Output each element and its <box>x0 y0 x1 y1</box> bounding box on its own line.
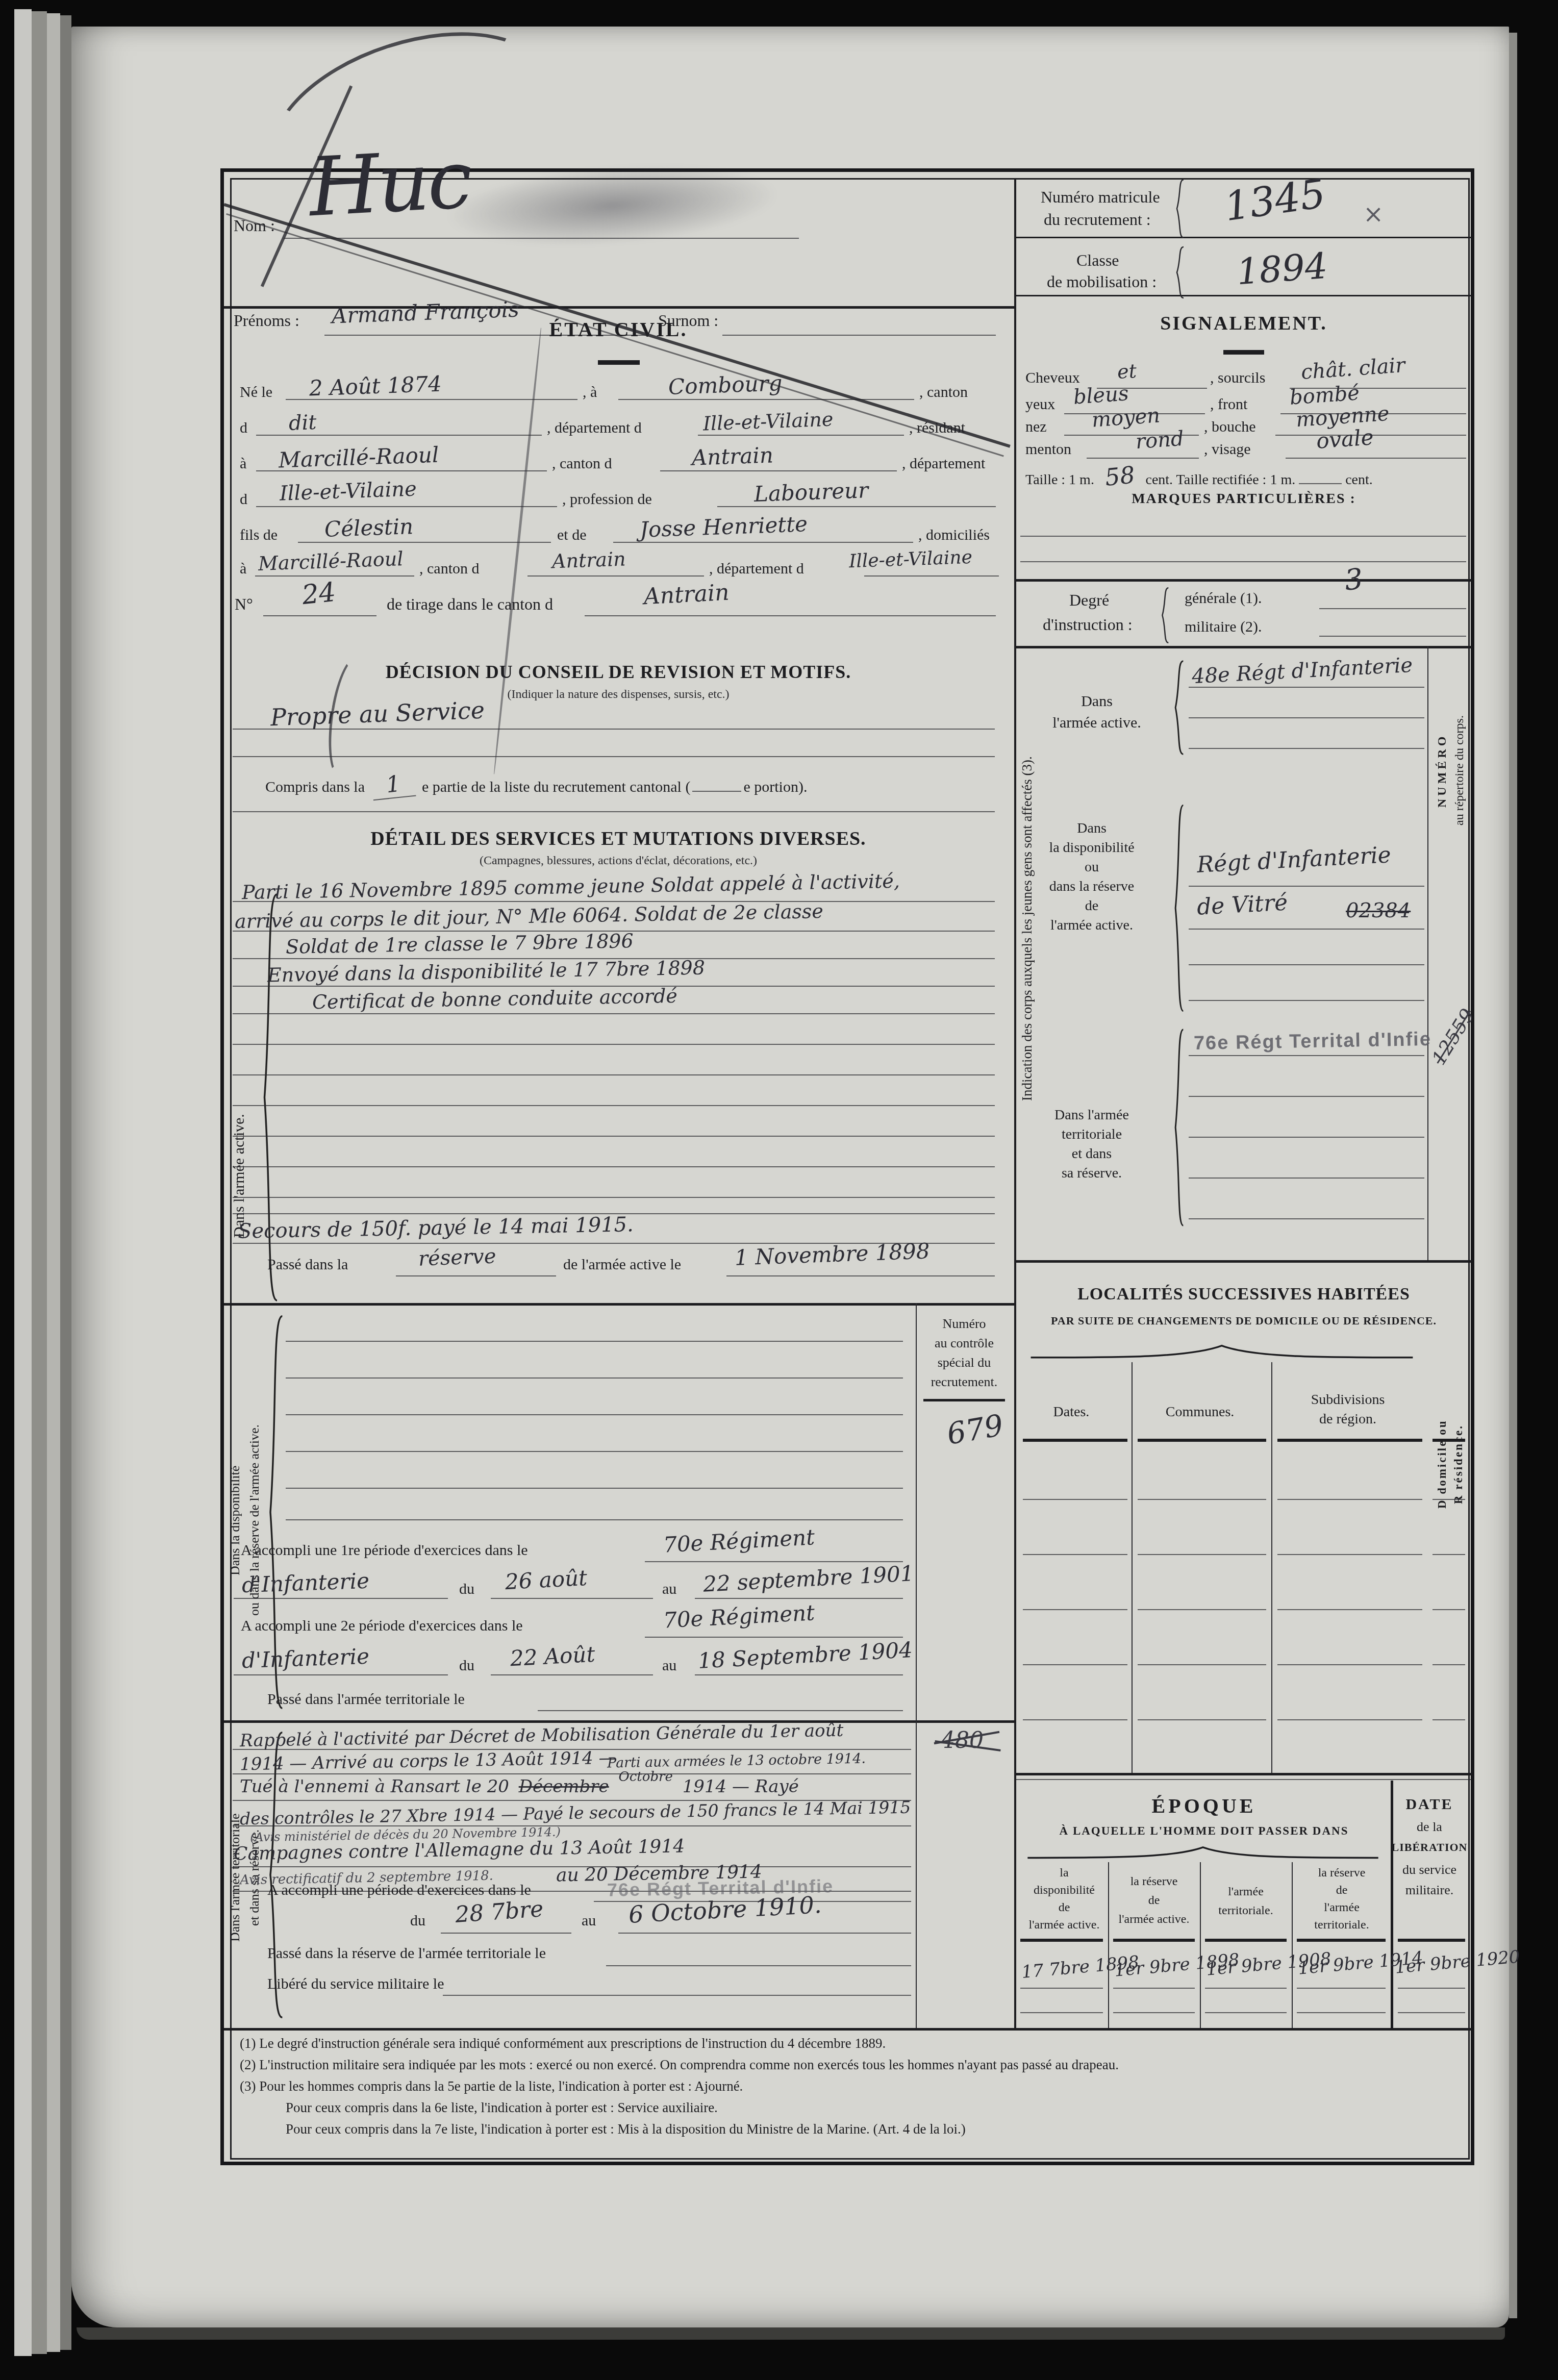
divider <box>1016 1773 1471 1775</box>
compris-num: 1 <box>370 769 416 800</box>
rule <box>256 435 542 436</box>
footnote-3: (3) Pour les hommes compris dans la 5e p… <box>240 2078 743 2094</box>
rule <box>618 399 914 400</box>
controle-label3: spécial du <box>938 1355 991 1370</box>
rule <box>1087 458 1199 459</box>
rule <box>1286 458 1466 459</box>
localites-col2-header: Communes. <box>1166 1404 1235 1420</box>
corps-b2-label6: l'armée active. <box>1050 917 1133 934</box>
epoque-col-divider <box>1108 1862 1109 2028</box>
rule <box>1319 636 1466 637</box>
title-ornament <box>1223 350 1264 355</box>
page-edge-right <box>1509 33 1517 2318</box>
rule <box>286 1488 903 1489</box>
ec-r5-label3: , domiciliés <box>918 527 990 544</box>
yeux-value: bleus <box>1073 382 1129 409</box>
header-rule <box>1398 1939 1465 1942</box>
repertoire-label-1: NUMÉRO <box>1436 663 1449 878</box>
epoque-c4-l4: territoriale. <box>1314 1918 1369 1932</box>
epoque-c1-l4: l'armée active. <box>1029 1918 1100 1932</box>
rule <box>527 575 704 577</box>
row-rule <box>1138 1499 1266 1500</box>
services-title: DÉTAIL DES SERVICES ET MUTATIONS DIVERSE… <box>370 828 866 850</box>
ec-r6-label2: , canton d <box>419 560 479 578</box>
corps-b1-label2: l'armée active. <box>1052 714 1141 732</box>
row-rule <box>1433 1609 1465 1610</box>
divider <box>224 2028 1471 2031</box>
rule <box>1189 748 1424 749</box>
compris-label-c: e portion). <box>743 779 807 795</box>
ec-r1-label: Né le <box>240 384 272 401</box>
controle-label4: recrutement. <box>931 1374 998 1390</box>
rule <box>1189 687 1424 688</box>
rule <box>618 1933 911 1934</box>
marques-title: MARQUES PARTICULIÈRES : <box>1132 491 1356 507</box>
localites-subtitle: PAR SUITE DE CHANGEMENTS DE DOMICILE OU … <box>1051 1314 1437 1327</box>
rule <box>645 1637 903 1638</box>
p1-value2: d'Infanterie <box>241 1568 369 1598</box>
compris-label-a: Compris dans la <box>265 779 365 795</box>
row-rule <box>1023 1719 1127 1720</box>
corps-b3-label2: territoriale <box>1062 1126 1122 1143</box>
rule <box>233 1074 995 1075</box>
side-label-active: Dans l'armée active. <box>231 1056 248 1296</box>
classe-label2: de mobilisation : <box>1047 272 1157 291</box>
row-rule <box>1277 1719 1422 1720</box>
footnote-4: Pour ceux compris dans la 6e liste, l'in… <box>286 2100 718 2116</box>
corps-b3-label1: Dans l'armée <box>1054 1107 1129 1123</box>
p2-value3: 22 Août <box>510 1642 596 1671</box>
classe-value: 1894 <box>1235 245 1328 293</box>
corps-b3-label4: sa réserve. <box>1062 1165 1122 1182</box>
degre-label2: d'instruction : <box>1043 615 1133 634</box>
visage-label: , visage <box>1204 441 1251 458</box>
taille-value: 58 <box>1103 461 1136 491</box>
degre-generale-value: 3 <box>1343 562 1365 597</box>
epoque-col-divider <box>1292 1862 1293 2028</box>
row-rule <box>1398 2012 1465 2013</box>
nez-value: moyen <box>1091 404 1161 432</box>
row-rule <box>1277 1664 1422 1665</box>
taille-row: Taille : 1 m. 58 cent. Taille rectifiée … <box>1025 462 1469 490</box>
ec-r4-value1: Ille-et-Vilaine <box>279 477 417 505</box>
row-rule <box>1433 1554 1465 1555</box>
page-edge-strip <box>60 15 71 2350</box>
rule <box>1189 1055 1424 1056</box>
controle-label1: Numéro <box>942 1316 986 1332</box>
epoque-c2-l3: l'armée active. <box>1119 1913 1190 1926</box>
ec-r6-label: à <box>240 560 246 578</box>
rule <box>538 1710 903 1711</box>
rule <box>286 1519 903 1520</box>
tirage-no-label: N° <box>235 595 253 614</box>
row-rule <box>1277 1609 1422 1610</box>
classe-brace <box>1173 246 1186 299</box>
row-rule <box>1297 1988 1386 1989</box>
territorial-regiment-stamp: 76e Régt Territal d'Infie <box>1194 1029 1432 1055</box>
row-rule <box>1020 1988 1103 1989</box>
header-rule <box>1023 1439 1127 1442</box>
terr-line3-overwrite: Octobre <box>618 1769 672 1785</box>
rule <box>233 1197 995 1198</box>
matricule-label: Numéro matricule <box>1041 188 1160 207</box>
decision-title: DÉCISION DU CONSEIL DE REVISION ET MOTIF… <box>386 661 851 683</box>
rule <box>1189 1218 1424 1219</box>
localites-side-label1: D domicile ou <box>1436 1367 1449 1561</box>
services-subtitle: (Campagnes, blessures, actions d'éclat, … <box>480 854 757 868</box>
matricule-label2: du recrutement : <box>1044 210 1151 229</box>
degre-label1: Degré <box>1069 591 1109 610</box>
page-bottom-shadow <box>77 2327 1505 2340</box>
header-rule <box>1205 1939 1287 1942</box>
divider <box>1016 295 1471 296</box>
row-rule <box>1023 1609 1127 1610</box>
row-rule <box>1205 1988 1287 1989</box>
sourcils-label: , sourcils <box>1210 369 1265 387</box>
epoque-c3-l1: l'armée <box>1228 1885 1264 1899</box>
tirage-value: 24 <box>300 577 337 611</box>
row-rule <box>1113 2012 1195 2013</box>
p1-label: A accompli une 1re période d'exercices d… <box>241 1542 528 1559</box>
header-rule <box>1020 1939 1103 1942</box>
divider <box>1016 237 1471 238</box>
epoque-title: ÉPOQUE <box>1152 1794 1257 1818</box>
rule <box>233 901 995 902</box>
services-passe-label-b: de l'armée active le <box>563 1256 681 1273</box>
p1-value3: 26 août <box>505 1565 588 1594</box>
ec-r5-value1: Célestin <box>324 514 414 542</box>
divider <box>1016 1779 1471 1780</box>
footnote-1: (1) Le degré d'instruction générale sera… <box>240 2036 886 2051</box>
epoque-c4-l2: de <box>1336 1884 1348 1897</box>
header-rule <box>1297 1939 1386 1942</box>
row-rule <box>1023 1554 1127 1555</box>
header-rule <box>923 1399 1005 1401</box>
corps-b2-value2: de Vitré <box>1196 889 1288 920</box>
localites-side-label2: R résidence. <box>1452 1367 1465 1561</box>
matricule-brace <box>1173 179 1186 239</box>
classe-label: Classe <box>1076 251 1119 270</box>
row-rule <box>1398 1988 1465 1989</box>
row-rule <box>1205 2012 1287 2013</box>
rule <box>1189 886 1424 887</box>
nez-label: nez <box>1025 418 1047 436</box>
corps-b3-brace <box>1171 1025 1186 1230</box>
compris-label-b: e partie de la liste du recrutement cant… <box>422 779 690 795</box>
rule <box>298 542 551 543</box>
corps-left-vertical-label: Indication des corps auxquels les jeunes… <box>1019 663 1035 1194</box>
ec-r6-value3: Ille-et-Vilaine <box>848 547 972 572</box>
bouche-label: , bouche <box>1204 418 1256 436</box>
side-label-dispo1: Dans la disponibilité <box>228 1347 243 1694</box>
rule <box>233 1825 911 1826</box>
ec-r3-label3: , département <box>902 455 985 472</box>
epoque-c2-l2: de <box>1148 1894 1160 1908</box>
ec-r1-label2: , à <box>583 384 597 401</box>
p2-value2: d'Infanterie <box>241 1644 369 1673</box>
date-label5: militaire. <box>1405 1883 1454 1898</box>
header-rule <box>1433 1439 1465 1442</box>
epoque-subtitle: À LAQUELLE L'HOMME DOIT PASSER DANS <box>1060 1824 1349 1838</box>
row-rule <box>1277 1499 1422 1500</box>
compris-blank <box>692 791 741 792</box>
p1-au: au <box>662 1581 676 1598</box>
epoque-col-divider <box>1200 1862 1201 2028</box>
ec-r1-label3: , canton <box>919 384 968 401</box>
rule <box>585 615 996 616</box>
signalement-title: SIGNALEMENT. <box>1160 312 1327 335</box>
rule <box>443 1995 911 1996</box>
taille-rectifiee-label: cent. Taille rectifiée : 1 m. <box>1145 472 1295 488</box>
page-edge-strip <box>14 9 32 2356</box>
matricule-mark: × <box>1363 200 1384 229</box>
ec-r4-value2: Laboureur <box>753 478 869 507</box>
corps-b2-brace <box>1171 801 1186 1015</box>
rule <box>606 1965 911 1966</box>
menton-label: menton <box>1025 441 1071 458</box>
tirage-canton: Antrain <box>643 580 730 610</box>
localites-title: LOCALITÉS SUCCESSIVES HABITÉES <box>1077 1285 1410 1304</box>
rule <box>695 1674 903 1675</box>
terr-du: du <box>410 1912 425 1930</box>
terr-line3-b: 1914 — Rayé <box>683 1776 799 1797</box>
rule <box>233 1013 995 1014</box>
localites-overbrace <box>1023 1342 1421 1360</box>
rule <box>234 1598 448 1599</box>
ec-r3-value2: Antrain <box>691 442 773 470</box>
divider <box>1016 646 1471 648</box>
rule <box>1189 717 1424 718</box>
rule <box>286 1341 903 1342</box>
row-rule <box>1433 1499 1465 1500</box>
repertoire-label-2: au répertoire du corps. <box>1453 658 1467 883</box>
row-rule <box>1277 1554 1422 1555</box>
passe-reserve-terr-label: Passé dans la réserve de l'armée territo… <box>267 1945 546 1962</box>
rule <box>286 1377 903 1379</box>
tirage-text: de tirage dans le canton d <box>387 595 553 614</box>
p2-au: au <box>662 1657 676 1674</box>
surnom-line <box>722 335 996 336</box>
corps-b1-brace <box>1171 659 1186 756</box>
header-rule <box>1138 1439 1266 1442</box>
rule <box>660 470 897 471</box>
rule <box>1189 929 1424 930</box>
corps-b2-label5: de <box>1085 898 1098 914</box>
rule <box>255 575 414 577</box>
rule <box>233 756 995 757</box>
decision-subtitle: (Indiquer la nature des dispenses, sursi… <box>507 688 729 702</box>
terr-line3-struck: Décembre <box>519 1776 609 1797</box>
repertoire-divider <box>1427 646 1428 1260</box>
rule <box>233 811 995 812</box>
rule <box>396 1275 556 1276</box>
epoque-c4-l3: l'armée <box>1324 1901 1360 1915</box>
ec-r1-value2: Combourg <box>668 370 783 399</box>
ec-r5-label2: et de <box>557 527 586 544</box>
rule <box>286 1451 903 1452</box>
page-edge-strip <box>47 13 60 2352</box>
degre-militaire-label: militaire (2). <box>1185 618 1262 636</box>
epoque-c3-l2: territoriale. <box>1218 1904 1273 1918</box>
row-rule <box>1297 2012 1386 2013</box>
page-edge-strip <box>32 11 47 2354</box>
epoque-c2-l1: la réserve <box>1130 1875 1178 1889</box>
ec-r4-label: d <box>240 491 247 508</box>
rule <box>645 1561 903 1562</box>
row-rule <box>1138 1609 1266 1610</box>
title-ornament <box>598 360 640 365</box>
rule <box>491 1598 653 1599</box>
degre-generale-label: générale (1). <box>1185 590 1262 607</box>
ec-r3-label2: , canton d <box>552 455 612 472</box>
main-column-divider <box>1014 178 1016 2028</box>
rule <box>233 1105 995 1106</box>
ec-r5-label: fils de <box>240 527 278 544</box>
corps-b2-label3: ou <box>1085 859 1099 875</box>
compris-row: Compris dans la 1 e partie de la liste d… <box>265 771 807 798</box>
corps-b2-label2: la disponibilité <box>1049 840 1134 856</box>
services-passe-value1: réserve <box>418 1244 496 1270</box>
p2-label: A accompli une 2e période d'exercices da… <box>241 1617 523 1635</box>
terr-line3: Tué à l'ennemi à Ransart le 20 Décembre … <box>240 1776 799 1797</box>
footnote-2: (2) L'instruction militaire sera indiqué… <box>240 2057 1119 2073</box>
corps-b2-num: 02384 <box>1346 899 1411 922</box>
cheveux-label: Cheveux <box>1025 369 1080 387</box>
epoque-date-divider <box>1391 1781 1393 2028</box>
rule <box>864 575 999 577</box>
epoque-overbrace <box>1020 1844 1386 1860</box>
rule <box>263 615 376 616</box>
localites-col1-header: Dates. <box>1053 1404 1090 1420</box>
scanned-register-page: Nom : Huc Prénoms : Armand François Surn… <box>0 0 1558 2380</box>
ec-r3-label: à <box>240 455 246 472</box>
menton-value: rond <box>1135 427 1185 454</box>
rule <box>233 1773 911 1774</box>
libere-label: Libéré du service militaire le <box>267 1975 444 1993</box>
corps-b3-label3: et dans <box>1072 1146 1112 1162</box>
epoque-c4-l1: la réserve <box>1318 1866 1366 1880</box>
ec-r2-value2: Ille-et-Vilaine <box>702 408 834 435</box>
date-label1: DATE <box>1405 1796 1453 1813</box>
divider <box>1016 579 1471 582</box>
localites-col-divider <box>1271 1362 1272 1773</box>
row-rule <box>1113 1988 1195 1989</box>
divider <box>224 1720 1014 1723</box>
date-label4: du service <box>1402 1862 1456 1877</box>
services-passe-label-a: Passé dans la <box>267 1256 348 1273</box>
divider <box>224 1303 1014 1306</box>
prenoms-label: Prénoms : <box>234 311 299 330</box>
localites-col3-header1: Subdivisions <box>1311 1392 1385 1408</box>
terr-au: au <box>582 1912 596 1930</box>
rule <box>1189 1178 1424 1179</box>
taille-blank <box>1299 483 1342 484</box>
taille-cent-label: cent. <box>1345 472 1373 488</box>
rule <box>286 1414 903 1415</box>
ec-r6-value2: Antrain <box>551 547 626 572</box>
p1-du: du <box>459 1581 474 1598</box>
localites-col3-header2: de région. <box>1319 1411 1376 1427</box>
controle-label2: au contrôle <box>935 1336 994 1351</box>
row-rule <box>1023 1499 1127 1500</box>
rule <box>726 1275 995 1276</box>
rule <box>698 435 904 436</box>
header-rule <box>1277 1439 1422 1442</box>
ec-r4-label2: , profession de <box>562 491 652 508</box>
header-rule <box>1113 1939 1195 1942</box>
rule <box>613 542 913 543</box>
corps-b2-label1: Dans <box>1077 820 1107 837</box>
terr-exercices-label: A accompli une période d'exercices dans … <box>267 1882 531 1899</box>
ec-r2-label2: , département d <box>547 419 642 437</box>
rule <box>1020 536 1466 537</box>
row-rule <box>1023 1664 1127 1665</box>
ec-r2-label: d <box>240 419 247 437</box>
rule <box>1189 1137 1424 1138</box>
ec-r1-value1: 2 Août 1874 <box>309 371 442 400</box>
rule <box>233 1166 995 1167</box>
terr-line3-a: Tué à l'ennemi à Ransart le 20 <box>240 1776 509 1797</box>
ec-r6-label3: , département d <box>709 560 804 578</box>
epoque-c1-l2: disponibilité <box>1034 1884 1095 1897</box>
row-rule <box>1433 1664 1465 1665</box>
rule <box>233 1044 995 1045</box>
footnote-5: Pour ceux compris dans la 7e liste, l'in… <box>286 2121 966 2137</box>
rule <box>491 1674 653 1675</box>
passe-territoriale-label: Passé dans l'armée territoriale le <box>267 1691 465 1708</box>
rule <box>1189 1000 1424 1001</box>
localites-col-divider <box>1132 1362 1133 1773</box>
row-rule <box>1138 1554 1266 1555</box>
rule <box>1189 964 1424 965</box>
rule <box>234 1674 448 1675</box>
front-label: , front <box>1210 396 1247 413</box>
divider <box>1016 1260 1471 1263</box>
taille-label: Taille : 1 m. <box>1025 472 1094 488</box>
epoque-c1-l1: la <box>1060 1866 1068 1880</box>
epoque-c1-l3: de <box>1059 1901 1070 1915</box>
visage-value: ovale <box>1315 424 1374 454</box>
rule <box>256 506 557 507</box>
rule <box>441 1933 571 1934</box>
rule <box>1020 561 1466 562</box>
degre-brace <box>1159 587 1170 644</box>
row-rule <box>1138 1664 1266 1665</box>
corps-b2-label4: dans la réserve <box>1049 879 1134 895</box>
rule <box>695 1598 903 1599</box>
row-rule <box>1433 1719 1465 1720</box>
p2-du: du <box>459 1657 474 1674</box>
side-label-dispo2: ou dans la réserve de l'armée active. <box>247 1347 262 1694</box>
rule <box>1189 1096 1424 1097</box>
date-label2: de la <box>1417 1819 1442 1835</box>
controle-col-divider <box>916 1303 917 2028</box>
date-label3: LIBÉRATION <box>1392 1841 1468 1854</box>
yeux-label: yeux <box>1025 396 1055 413</box>
rule <box>1319 608 1466 609</box>
rule <box>233 1136 995 1137</box>
row-rule <box>1138 1719 1266 1720</box>
cheveux-value: et <box>1117 360 1137 383</box>
corps-b1-label1: Dans <box>1081 693 1113 710</box>
ec-r2-value1: dit <box>288 411 317 435</box>
row-rule <box>1020 2012 1103 2013</box>
